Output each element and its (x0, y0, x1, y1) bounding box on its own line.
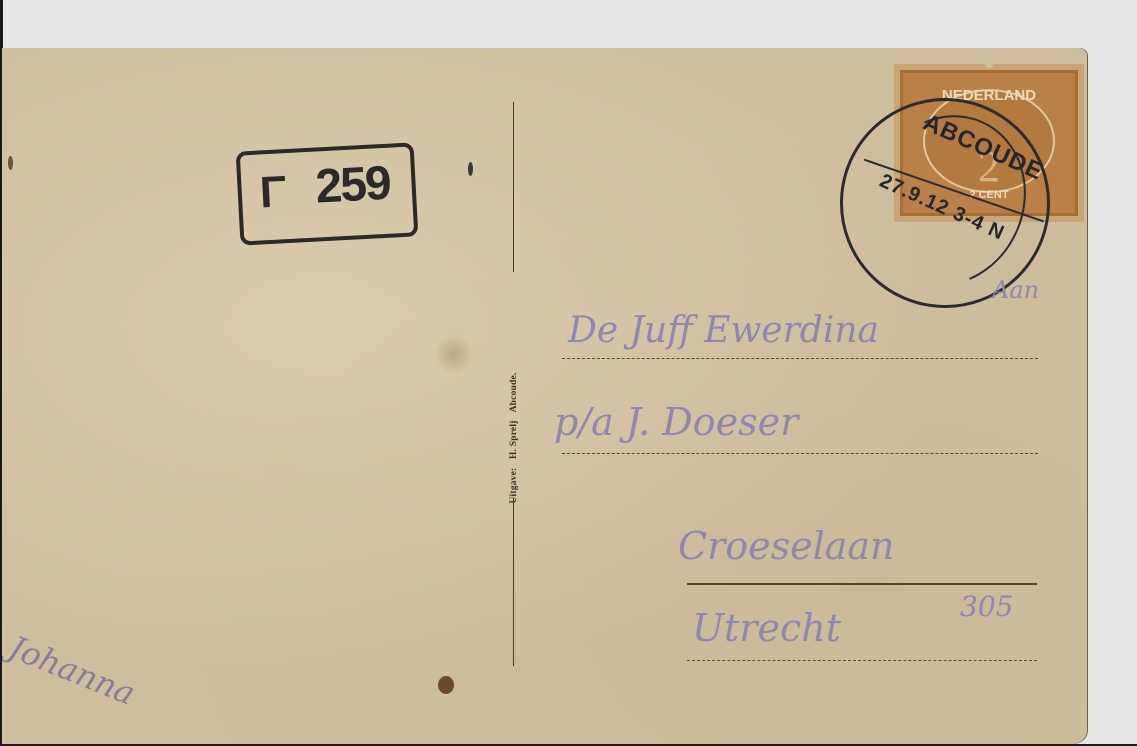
ink-spot (438, 676, 454, 694)
signature: Johanna (4, 628, 141, 713)
ink-spot (468, 162, 473, 176)
stain (434, 334, 474, 374)
postcard-back: Γ 259 Uitgave: H. Sprelj Abcoude. 2 NEDE… (2, 48, 1087, 744)
registration-stamp: Γ 259 (236, 142, 419, 245)
address-rule-2 (562, 453, 1038, 454)
registration-number: 259 (314, 156, 391, 215)
center-divider-bottom (513, 498, 514, 666)
address-line-2: p/a J. Doeser (554, 400, 798, 444)
ink-spot (8, 156, 13, 170)
center-divider-top (513, 102, 514, 272)
address-prefix: Aan (992, 276, 1039, 304)
address-line-4: Utrecht (692, 606, 841, 650)
publisher-place: Abcoude. (509, 373, 519, 413)
address-line-1: De Juff Ewerdina (568, 310, 879, 351)
address-line-3: Croeselaan (678, 524, 895, 568)
registration-letter: Γ (259, 167, 288, 218)
address-rule-3 (687, 583, 1037, 585)
publisher-label: Uitgave: (509, 468, 519, 504)
publisher-imprint: Uitgave: H. Sprelj Abcoude. (509, 367, 519, 504)
address-rule-1 (562, 358, 1038, 359)
address-rule-4 (687, 660, 1037, 661)
house-number: 305 (960, 590, 1013, 623)
publisher-name: H. Sprelj (509, 420, 519, 459)
